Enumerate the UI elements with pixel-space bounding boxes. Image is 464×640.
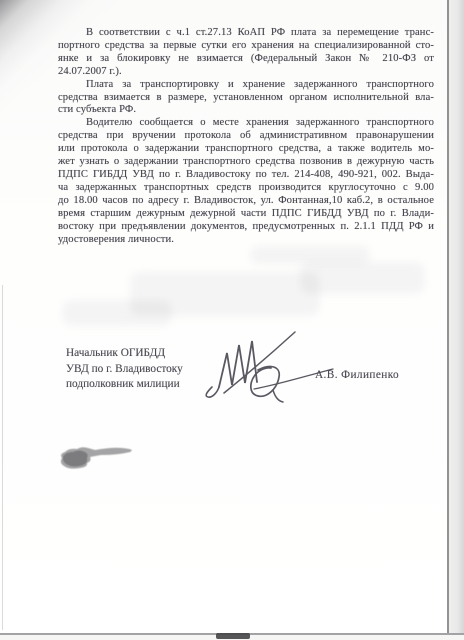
- signature-scribble: [200, 330, 340, 404]
- scan-artifact-blob: [216, 633, 250, 639]
- ink-bleed-artifact: [130, 272, 320, 316]
- text-line: до 18.00 часов по адресу г. Владивосток,…: [58, 195, 434, 208]
- text-line: портного средства за первые сутки его хр…: [58, 40, 434, 53]
- ink-smudge: [58, 444, 136, 474]
- ink-bleed-artifact: [62, 300, 172, 326]
- signatory-title-block: Начальник ОГИБДД УВД по г. Владивостоку …: [66, 346, 183, 393]
- signatory-name: А.В. Филипенко: [315, 369, 399, 381]
- signatory-title-line: Начальник ОГИБДД: [66, 346, 183, 362]
- text-line: ча задержанных транспортных средств прои…: [58, 182, 434, 195]
- document-body: В соответствии с ч.1 ст.27.13 КоАП РФ пл…: [58, 27, 434, 246]
- text-line: время старшим дежурным дежурной части ПД…: [58, 208, 434, 221]
- text-line: ПДПС ГИБДД УВД по г. Владивостоку по тел…: [58, 169, 434, 182]
- text-line: В соответствии с ч.1 ст.27.13 КоАП РФ пл…: [58, 27, 434, 40]
- signatory-title-line: УВД по г. Владивостоку: [66, 362, 183, 378]
- text-line: удостоверения личности.: [58, 234, 434, 247]
- text-line: Плата за транспортировку и хранение заде…: [58, 79, 434, 92]
- paragraph-2: Плата за транспортировку и хранение заде…: [58, 79, 434, 118]
- ink-bleed-artifact: [250, 246, 370, 264]
- paragraph-3: Водителю сообщается о месте хранения зад…: [58, 117, 434, 246]
- page-right-edge: [447, 0, 464, 640]
- text-line: 24.07.2007 г.).: [58, 66, 434, 79]
- text-line: востоку при предъявлении документов, пре…: [58, 221, 434, 234]
- scanned-document-page: В соответствии с ч.1 ст.27.13 КоАП РФ пл…: [0, 0, 464, 640]
- page-left-edge: [2, 285, 3, 630]
- text-line: жет узнать о задержании транспортного ср…: [58, 156, 434, 169]
- text-line: средства при вручении протокола об админ…: [58, 130, 434, 143]
- signatory-title-line: подполковник милиции: [66, 377, 183, 393]
- text-line: или протокола о задержании транспортного…: [58, 143, 434, 156]
- ink-bleed-artifact: [300, 262, 425, 294]
- paragraph-1: В соответствии с ч.1 ст.27.13 КоАП РФ пл…: [58, 27, 434, 79]
- text-line: средства взимается в размере, установлен…: [58, 92, 434, 105]
- text-line: Водителю сообщается о месте хранения зад…: [58, 117, 434, 130]
- text-line: сти субъекта РФ.: [58, 104, 434, 117]
- text-line: янке и за блокировку не взимается (Федер…: [58, 53, 434, 66]
